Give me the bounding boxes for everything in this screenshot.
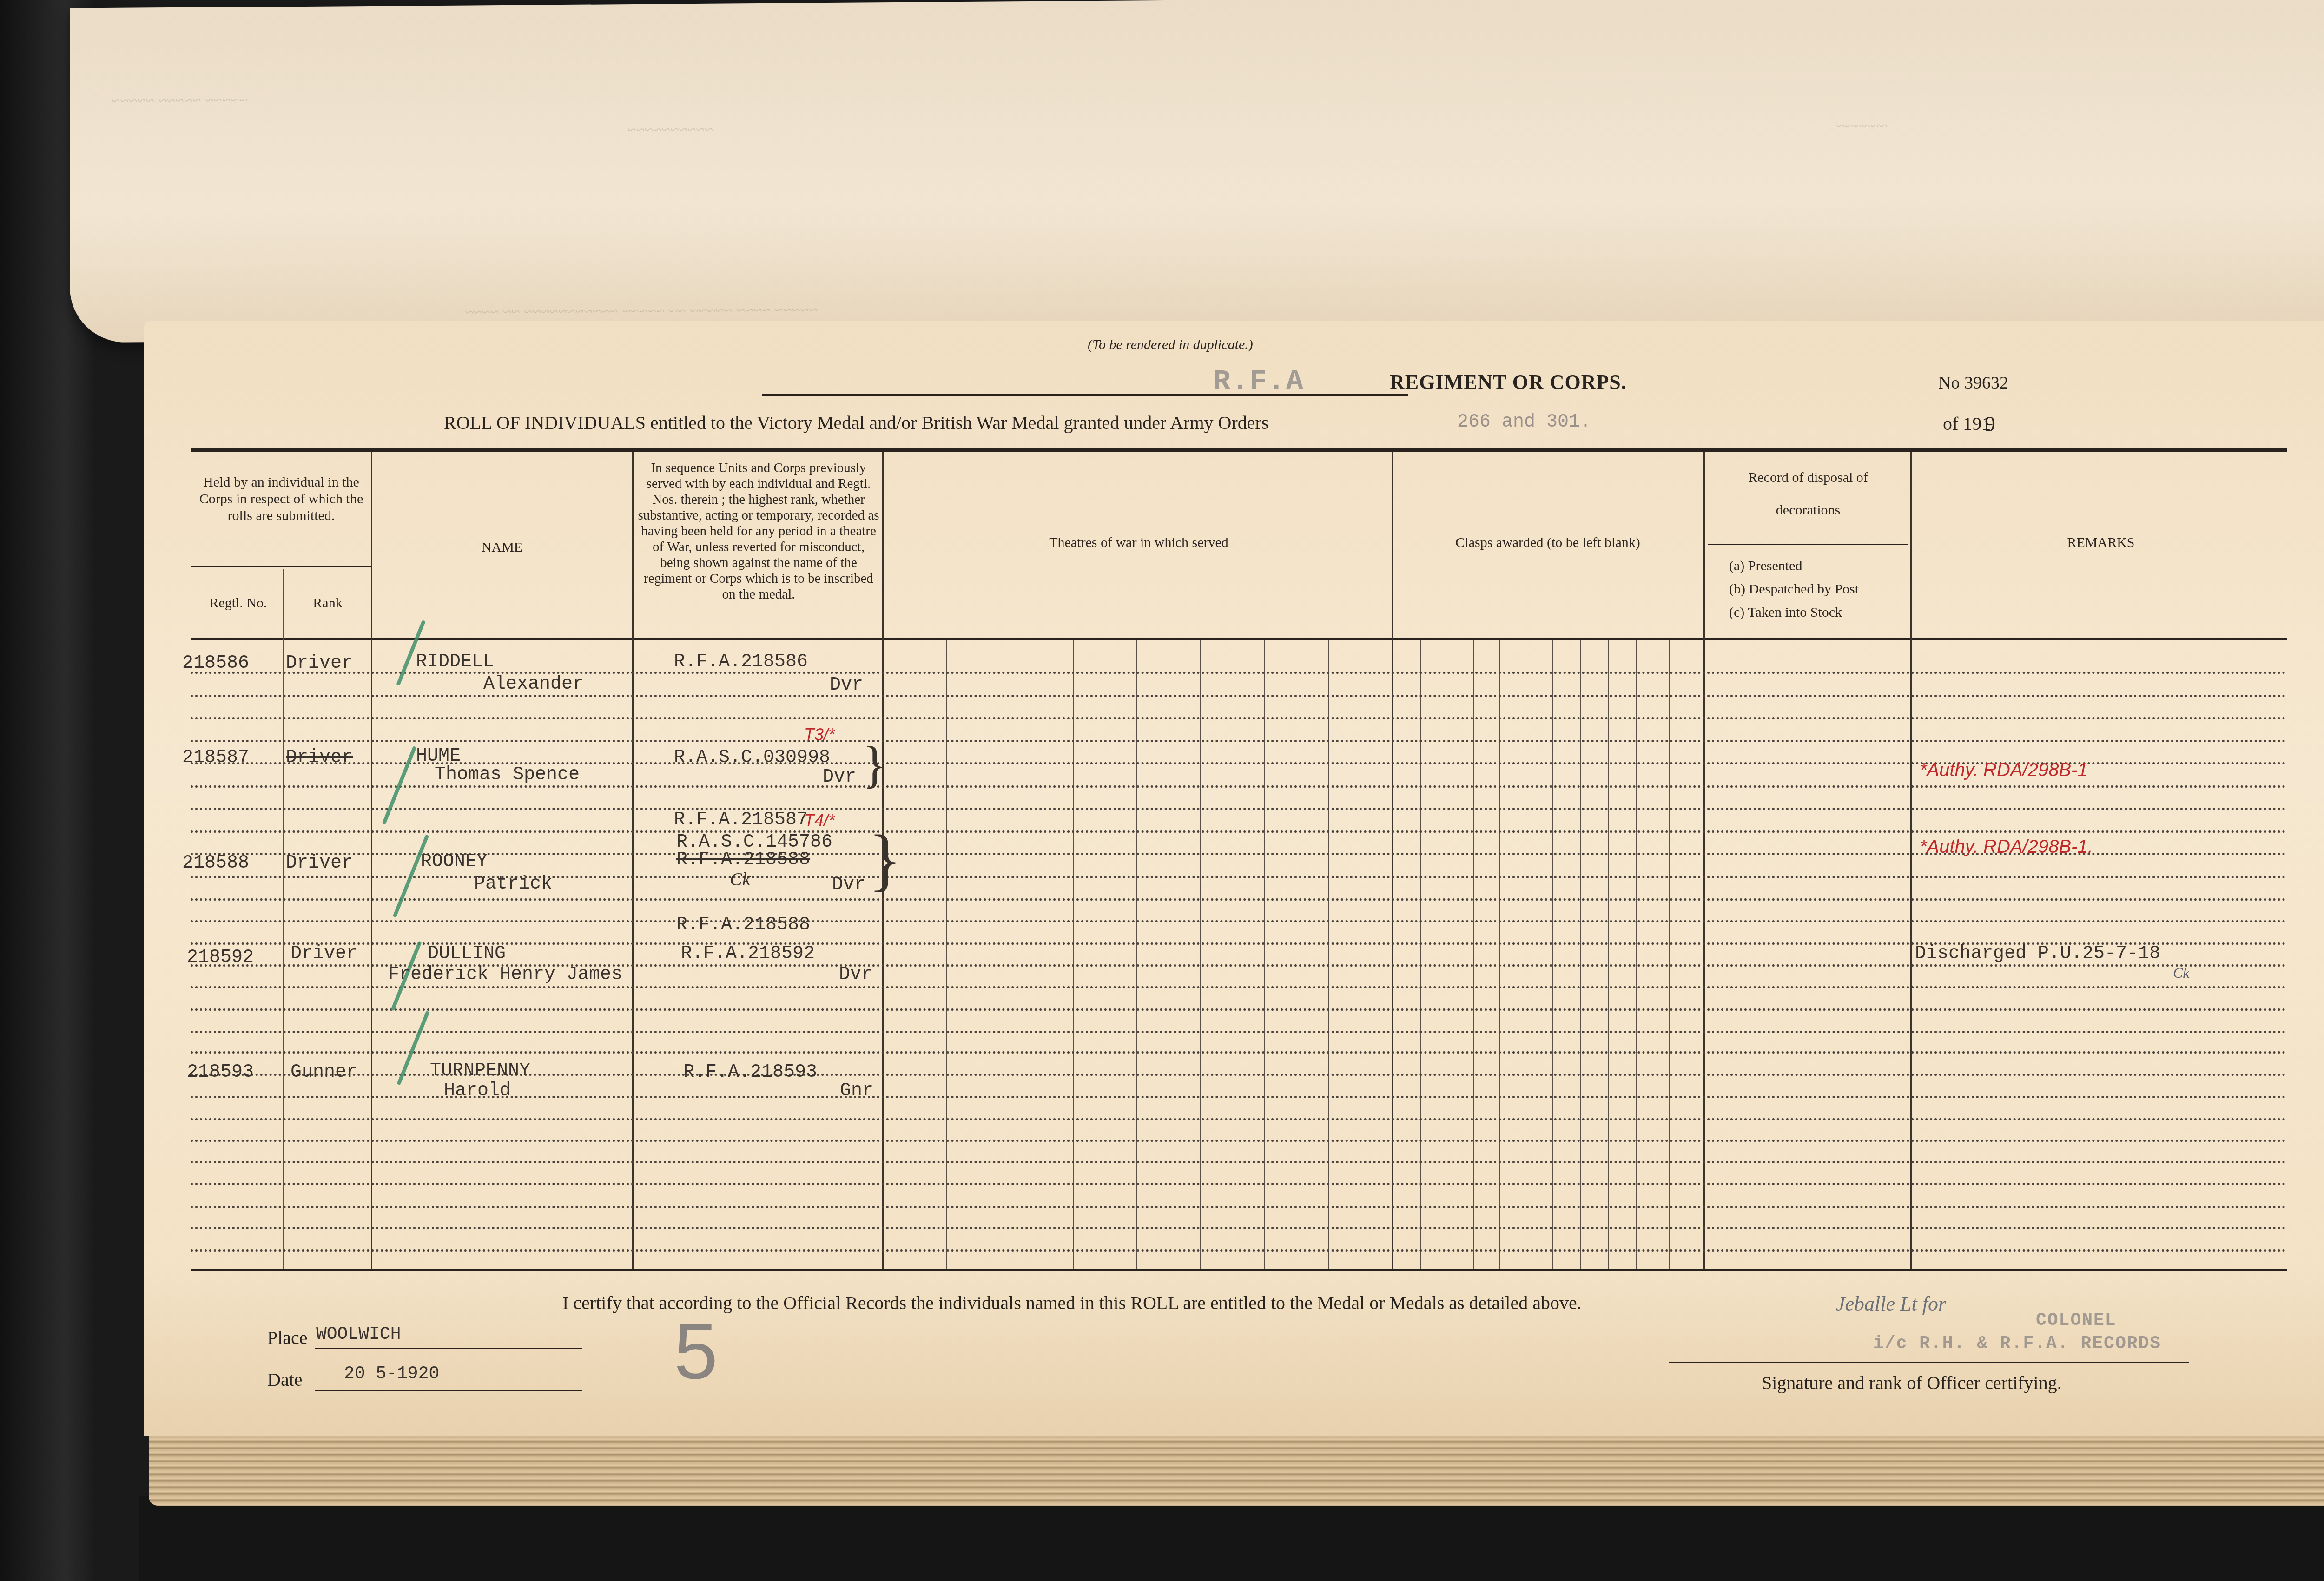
col-divider (632, 452, 634, 1269)
grid-line (1669, 640, 1670, 1269)
ruled-line (191, 695, 2287, 697)
unit-rank: Dvr (839, 964, 872, 985)
table-top-rule (191, 448, 2287, 452)
ruled-line (191, 808, 2287, 810)
header-regtl-no: Regtl. No. (195, 595, 281, 612)
ruled-line (191, 830, 2287, 833)
ruled-line (191, 785, 2287, 788)
remark: Discharged P.U.25-7-18 (1915, 943, 2160, 964)
col-divider (1392, 452, 1393, 1269)
ruled-line (191, 920, 2287, 922)
col-divider (1910, 452, 1912, 1269)
date-label: Date (267, 1369, 303, 1390)
grid-line (1136, 640, 1137, 1269)
signature-line (1669, 1362, 2189, 1363)
grid-line (1580, 640, 1581, 1269)
ruled-line (191, 1206, 2287, 1208)
held-by-divider (191, 566, 371, 567)
unit-entry: R.F.A.218593 (683, 1062, 817, 1083)
unit-entry-struck: R.F.A.218588 (676, 850, 810, 870)
bleed-through-text: ~~~~~~ (1836, 116, 1887, 134)
unit-entry: R.F.A.218586 (674, 652, 808, 672)
unit-rank: Gnr (840, 1080, 873, 1101)
header-disposal-a: (a) Presented (1729, 558, 1802, 574)
forenames: Harold (444, 1080, 511, 1101)
ruled-line (191, 986, 2287, 988)
roll-page: (To be rendered in duplicate.) R.F.A REG… (144, 321, 2324, 1436)
table-bottom-rule (191, 1269, 2287, 1271)
ruled-line (191, 1118, 2287, 1120)
grid-line (1446, 640, 1446, 1269)
ruled-line (191, 1031, 2287, 1033)
ruled-line (191, 1008, 2287, 1011)
surname: ROONEY (421, 851, 488, 872)
rank-stamp-line-2: i/c R.H. & R.F.A. RECORDS (1873, 1334, 2161, 1354)
remark: *Authy. RDA/298B-1. (1920, 837, 2093, 857)
remark: *Authy. RDA/298B-1 (1920, 760, 2088, 781)
grid-line (1200, 640, 1201, 1269)
check-mark: Ck (2173, 964, 2190, 982)
unit-entry-2: R.F.A.218588 (676, 915, 810, 935)
forenames: Alexander (483, 674, 584, 695)
grid-line (1636, 640, 1637, 1269)
grid-line (1525, 640, 1525, 1269)
previous-page-folded: ~~~~~ ~~~~~ ~~~~~ ~~~~~~~~~~ ~~~~~~ ~~~~… (70, 0, 2324, 343)
grid-line (1328, 640, 1329, 1269)
header-held-by: Held by an individual in the Corps in re… (195, 474, 367, 524)
grid-line (1010, 640, 1010, 1269)
rank: Driver (290, 943, 357, 964)
date-underline (315, 1390, 582, 1391)
grid-line (1264, 640, 1265, 1269)
unit-rank: Dvr (823, 767, 856, 788)
regiment-underline (762, 394, 1408, 396)
regtl-no: 218588 (182, 853, 249, 874)
surname: TURNPENNY (430, 1061, 530, 1081)
unit-annotation: T3/* (804, 725, 835, 744)
ruled-line (191, 1183, 2287, 1185)
surname: DULLING (428, 943, 506, 964)
bleed-through-text: ~~~~ ~~ ~~~~~~~~~~~ ~~~~~ ~~ ~~~~~ ~~~~ … (465, 300, 818, 320)
regiment-stamp: R.F.A (1213, 365, 1304, 398)
col-divider (283, 569, 284, 1269)
year-prefix: of 191 (1943, 413, 1991, 435)
disposal-divider (1708, 544, 1908, 545)
grid-line (1473, 640, 1474, 1269)
book-cover-bottom (139, 1496, 2324, 1581)
ruled-line (191, 1161, 2287, 1163)
forenames: Thomas Spence (435, 764, 580, 785)
signature-label: Signature and rank of Officer certifying… (1762, 1372, 2062, 1394)
ruled-line (191, 717, 2287, 719)
regtl-no: 218592 (187, 947, 254, 968)
regtl-no: 218587 (182, 747, 249, 768)
ruled-line (191, 898, 2287, 901)
place-underline (315, 1348, 582, 1349)
brace-icon: } (862, 739, 887, 790)
header-disposal-title-1: Record of disposal of (1706, 469, 1910, 486)
ruled-line (191, 740, 2287, 742)
army-orders: 266 and 301. (1457, 412, 1591, 433)
place-label: Place (267, 1327, 308, 1349)
unit-rank: Dvr (832, 875, 865, 896)
unit-entry: R.A.S.C.030998 (674, 747, 830, 768)
regtl-no: 218586 (182, 653, 249, 674)
rank: Driver (286, 747, 353, 768)
regiment-label: REGIMENT OR CORPS. (1390, 370, 1627, 394)
grid-line (1552, 640, 1553, 1269)
ruled-line (191, 1051, 2287, 1054)
col-divider (1703, 452, 1705, 1269)
rank: Driver (286, 853, 353, 874)
grid-line (946, 640, 947, 1269)
header-clasps: Clasps awarded (to be left blank) (1394, 534, 1701, 551)
form-number: No 39632 (1938, 373, 2008, 393)
rank: Gunner (290, 1062, 357, 1083)
place-value: WOOLWICH (316, 1324, 401, 1344)
header-rank: Rank (286, 595, 370, 612)
grid-line (1073, 640, 1074, 1269)
unit-rank: Dvr (830, 675, 863, 696)
ruled-line (191, 1227, 2287, 1229)
header-bottom-rule (191, 638, 2287, 640)
page-mark: 5 (674, 1306, 718, 1397)
year-suffix: 9 (1985, 412, 1995, 436)
unit-entry-2: R.F.A.218587 (674, 810, 808, 830)
bleed-through-text: ~~~~~~~~~~ (627, 120, 713, 138)
grid-line (1499, 640, 1500, 1269)
duplicate-note: (To be rendered in duplicate.) (1088, 337, 1253, 353)
header-theatres: Theatres of war in which served (888, 534, 1390, 551)
forenames: Patrick (474, 874, 552, 895)
grid-line (1608, 640, 1609, 1269)
header-disposal-c: (c) Taken into Stock (1729, 604, 1842, 621)
unit-annotation: T4/* (804, 811, 835, 830)
regtl-no: 218593 (187, 1062, 254, 1083)
date-value: 20 5-1920 (344, 1364, 439, 1384)
forenames: Frederick Henry James (388, 964, 622, 985)
surname: RIDDELL (416, 652, 494, 672)
roll-title: ROLL OF INDIVIDUALS entitled to the Vict… (444, 412, 1268, 434)
header-name: NAME (374, 539, 630, 556)
unit-entry: R.F.A.218592 (681, 943, 815, 964)
grid-line (1420, 640, 1421, 1269)
col-divider (371, 452, 372, 1269)
header-disposal-b: (b) Despatched by Post (1729, 581, 1859, 598)
ruled-line (191, 1140, 2287, 1142)
brace-icon: } (868, 825, 902, 895)
header-disposal-title-2: decorations (1706, 502, 1910, 519)
check-mark: Ck (730, 868, 750, 890)
officer-signature: Jeballe Lt for (1836, 1292, 1946, 1316)
rank: Driver (286, 653, 353, 674)
bleed-through-text: ~~~~~ ~~~~~ ~~~~~ (112, 91, 248, 109)
rank-stamp-line-1: COLONEL (2036, 1311, 2117, 1331)
surname: HUME (416, 746, 461, 767)
header-units: In sequence Units and Corps previously s… (638, 460, 879, 602)
header-remarks: REMARKS (1915, 534, 2287, 551)
ruled-line (191, 1249, 2287, 1252)
